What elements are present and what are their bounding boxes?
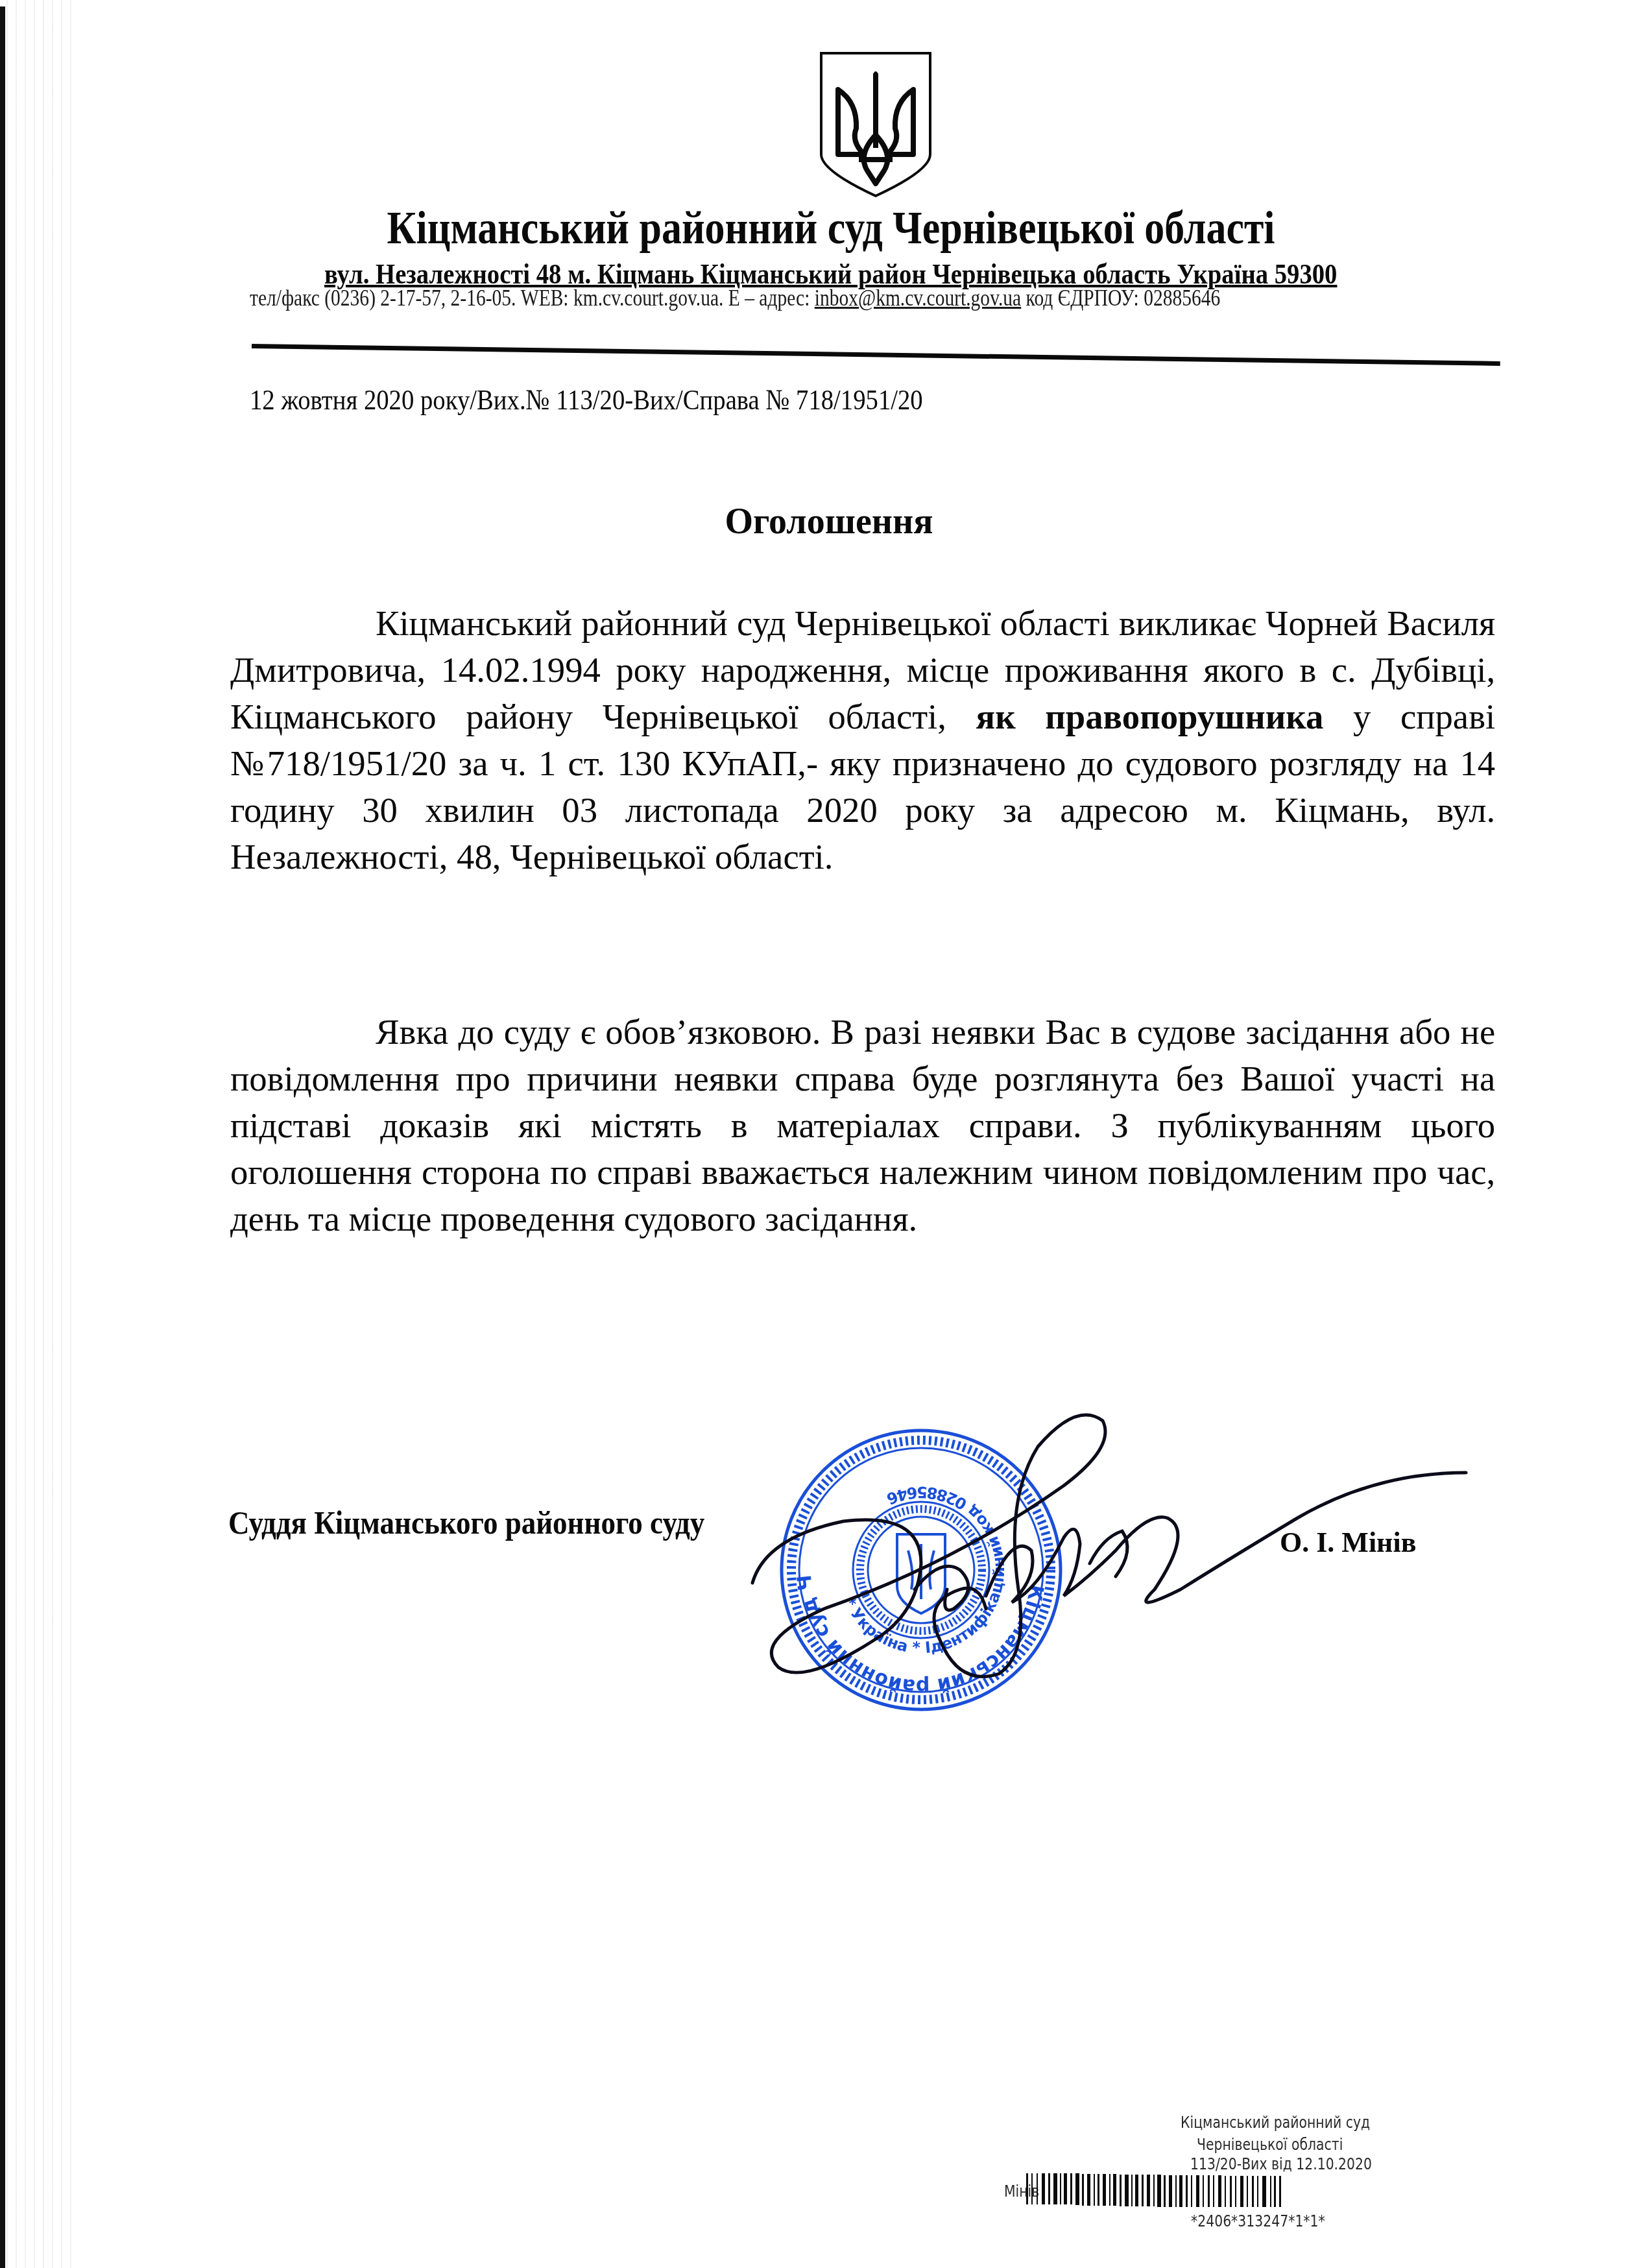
- document-title: Оголошення: [0, 501, 1632, 542]
- reference-line: 12 жовтня 2020 року/Вих.№ 113/20-Вих/Спр…: [250, 383, 923, 416]
- sticker-court-line: Кіцманський районний суд: [1181, 2114, 1370, 2132]
- paragraph-1-bold: як правопорушника: [976, 697, 1324, 736]
- scan-noise: [6, 0, 71, 2268]
- paragraph-summons: Кіцманський районний суд Чернівецької об…: [230, 600, 1495, 880]
- barcode-icon: [1026, 2173, 1283, 2207]
- paragraph-2-text: Явка до суду є обов’язковою. В разі неяв…: [230, 1012, 1495, 1238]
- judge-title: Суддя Кіцманського районного суду: [228, 1504, 704, 1541]
- barcode-number: *2406*313247*1*1*: [1191, 2212, 1325, 2230]
- judge-signature: [726, 1395, 1472, 1739]
- sticker-region-line: Чернівецької області: [1197, 2136, 1343, 2154]
- contacts-prefix: тел/факс (0236) 2-17-57, 2-16-05. WEB: k…: [250, 285, 815, 311]
- header-divider: [252, 344, 1500, 366]
- sticker-reference-line: 113/20-Вих від 12.10.2020: [1190, 2155, 1372, 2173]
- email-link[interactable]: inbox@km.cv.court.gov.ua: [815, 285, 1021, 311]
- contacts-suffix: код ЄДРПОУ: 02885646: [1021, 285, 1220, 311]
- coat-of-arms-icon: [819, 51, 933, 199]
- paragraph-attendance: Явка до суду є обов’язковою. В разі неяв…: [230, 1009, 1495, 1242]
- court-contacts: тел/факс (0236) 2-17-57, 2-16-05. WEB: k…: [250, 284, 1220, 311]
- court-name-heading: Кіцманський районний суд Чернівецької об…: [118, 201, 1522, 255]
- scan-edge: [0, 6, 5, 2268]
